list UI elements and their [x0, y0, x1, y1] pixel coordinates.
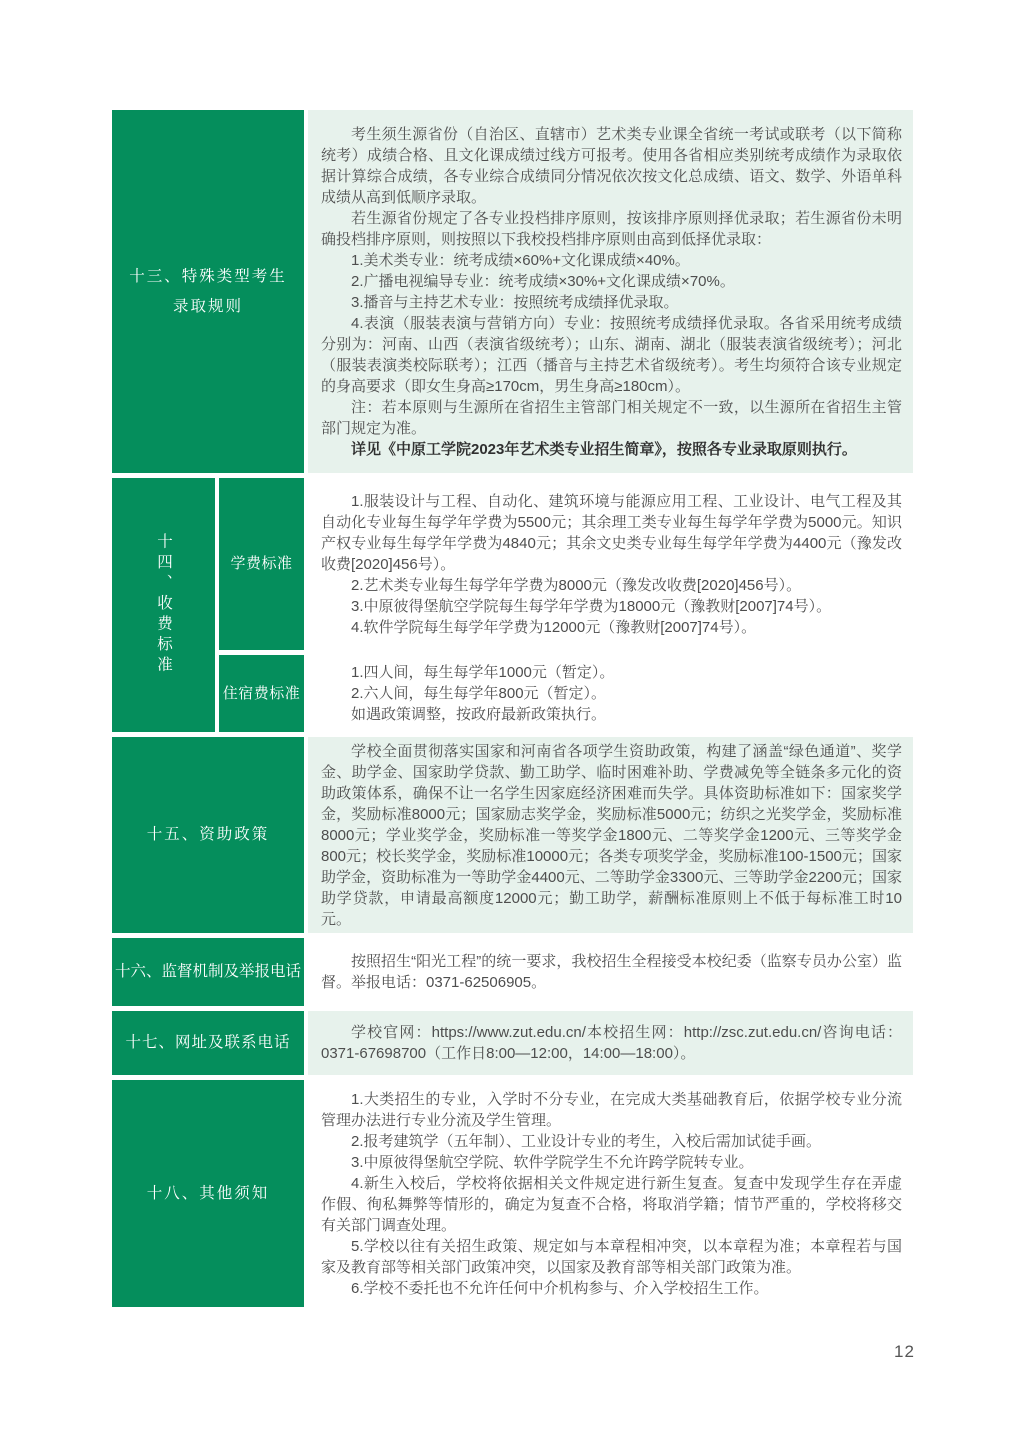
section-15-financial-aid: 十五、资助政策 学校全面贯彻落实国家和河南省各项学生资助政策，构建了涵盖“绿色通… [112, 737, 913, 933]
paragraph: 3.中原彼得堡航空学院每生每学年学费为18000元（豫教财[2007]74号）。 [321, 596, 902, 617]
tuition-standard-content: 1.服装设计与工程、自动化、建筑环境与能源应用工程、工业设计、电气工程及其自动化… [308, 478, 913, 650]
paragraph: 如遇政策调整，按政府最新政策执行。 [321, 704, 902, 725]
paragraph: 4.新生入校后，学校将依据相关文件规定进行新生复查。复查中发现学生存在弄虚作假、… [321, 1173, 902, 1236]
section-15-title: 十五、资助政策 [147, 820, 270, 850]
section-13-title-line1: 十三、特殊类型考生 [129, 262, 287, 292]
tuition-standard-header: 学费标准 [219, 478, 304, 650]
section-18-header: 十八、其他须知 [112, 1080, 304, 1307]
paragraph: 学校官网：https://www.zut.edu.cn/本校招生网：http:/… [321, 1022, 902, 1064]
section-15-header: 十五、资助政策 [112, 737, 304, 933]
paragraph: 3.播音与主持艺术专业：按照统考成绩择优录取。 [321, 292, 902, 313]
document-page: 十三、特殊类型考生 录取规则 考生须生源省份（自治区、直辖市）艺术类专业课全省统… [0, 0, 1024, 1448]
section-13-special-admission-rules: 十三、特殊类型考生 录取规则 考生须生源省份（自治区、直辖市）艺术类专业课全省统… [112, 110, 913, 473]
paragraph: 1.四人间，每生每学年1000元（暂定）。 [321, 662, 902, 683]
section-17-website-contact: 十七、网址及联系电话 学校官网：https://www.zut.edu.cn/本… [112, 1011, 913, 1075]
paragraph: 3.中原彼得堡航空学院、软件学院学生不允许跨学院转专业。 [321, 1152, 902, 1173]
paragraph: 2.报考建筑学（五年制）、工业设计专业的考生，入校后需加试徒手画。 [321, 1131, 902, 1152]
paragraph: 2.六人间，每生每学年800元（暂定）。 [321, 683, 902, 704]
paragraph: 1.服装设计与工程、自动化、建筑环境与能源应用工程、工业设计、电气工程及其自动化… [321, 491, 902, 575]
paragraph: 4.软件学院每生每学年学费为12000元（豫教财[2007]74号）。 [321, 617, 902, 638]
section-18-other-notes: 十八、其他须知 1.大类招生的专业，入学时不分专业，在完成大类基础教育后，依据学… [112, 1080, 913, 1307]
page-number: 12 [894, 1342, 915, 1362]
paragraph: 5.学校以往有关招生政策、规定如与本章程相冲突，以本章程为准；本章程若与国家及教… [321, 1236, 902, 1278]
paragraph: 按照招生“阳光工程”的统一要求，我校招生全程接受本校纪委（监察专员办公室）监督。… [321, 951, 902, 993]
paragraph: 考生须生源省份（自治区、直辖市）艺术类专业课全省统一考试或联考（以下简称统考）成… [321, 124, 902, 208]
section-13-title-line2: 录取规则 [173, 292, 243, 322]
paragraph: 6.学校不委托也不允许任何中介机构参与、介入学校招生工作。 [321, 1278, 902, 1299]
section-14-header-vertical: 十四、收费标准 [112, 478, 215, 732]
section-17-header: 十七、网址及联系电话 [112, 1011, 304, 1075]
paragraph: 2.艺术类专业每生每学年学费为8000元（豫发改收费[2020]456号）。 [321, 575, 902, 596]
paragraph: 2.广播电视编导专业：统考成绩×30%+文化课成绩×70%。 [321, 271, 902, 292]
section-18-title: 十八、其他须知 [147, 1179, 270, 1209]
paragraph: 1.大类招生的专业，入学时不分专业，在完成大类基础教育后，依据学校专业分流管理办… [321, 1089, 902, 1131]
section-15-content: 学校全面贯彻落实国家和河南省各项学生资助政策，构建了涵盖“绿色通道”、奖学金、助… [308, 737, 913, 933]
dorm-fee-standard-header: 住宿费标准 [219, 655, 304, 732]
paragraph: 注：若本原则与生源所在省招生主管部门相关规定不一致，以生源所在省招生主管部门规定… [321, 397, 902, 439]
section-17-content: 学校官网：https://www.zut.edu.cn/本校招生网：http:/… [308, 1011, 913, 1075]
admission-rules-table: 十三、特殊类型考生 录取规则 考生须生源省份（自治区、直辖市）艺术类专业课全省统… [112, 110, 913, 1307]
section-13-content: 考生须生源省份（自治区、直辖市）艺术类专业课全省统一考试或联考（以下简称统考）成… [308, 110, 913, 473]
section-16-title: 十六、监督机制及举报电话 [115, 957, 301, 987]
section-16-content: 按照招生“阳光工程”的统一要求，我校招生全程接受本校纪委（监察专员办公室）监督。… [308, 938, 913, 1006]
paragraph-emphasis: 详见《中原工学院2023年艺术类专业招生简章》，按照各专业录取原则执行。 [321, 439, 902, 460]
paragraph: 若生源省份规定了各专业投档排序原则，按该排序原则择优录取；若生源省份未明确投档排… [321, 208, 902, 250]
section-16-header: 十六、监督机制及举报电话 [112, 938, 304, 1006]
dorm-fee-standard-content: 1.四人间，每生每学年1000元（暂定）。 2.六人间，每生每学年800元（暂定… [308, 655, 913, 732]
section-17-title: 十七、网址及联系电话 [125, 1028, 290, 1058]
section-13-header: 十三、特殊类型考生 录取规则 [112, 110, 304, 473]
paragraph: 1.美术类专业：统考成绩×60%+文化课成绩×40%。 [321, 250, 902, 271]
section-16-supervision: 十六、监督机制及举报电话 按照招生“阳光工程”的统一要求，我校招生全程接受本校纪… [112, 938, 913, 1006]
section-18-content: 1.大类招生的专业，入学时不分专业，在完成大类基础教育后，依据学校专业分流管理办… [308, 1080, 913, 1307]
paragraph: 4.表演（服装表演与营销方向）专业：按照统考成绩择优录取。各省采用统考成绩分别为… [321, 313, 902, 397]
section-14-fees: 十四、收费标准 学费标准 1.服装设计与工程、自动化、建筑环境与能源应用工程、工… [112, 478, 913, 732]
paragraph: 学校全面贯彻落实国家和河南省各项学生资助政策，构建了涵盖“绿色通道”、奖学金、助… [321, 741, 902, 930]
